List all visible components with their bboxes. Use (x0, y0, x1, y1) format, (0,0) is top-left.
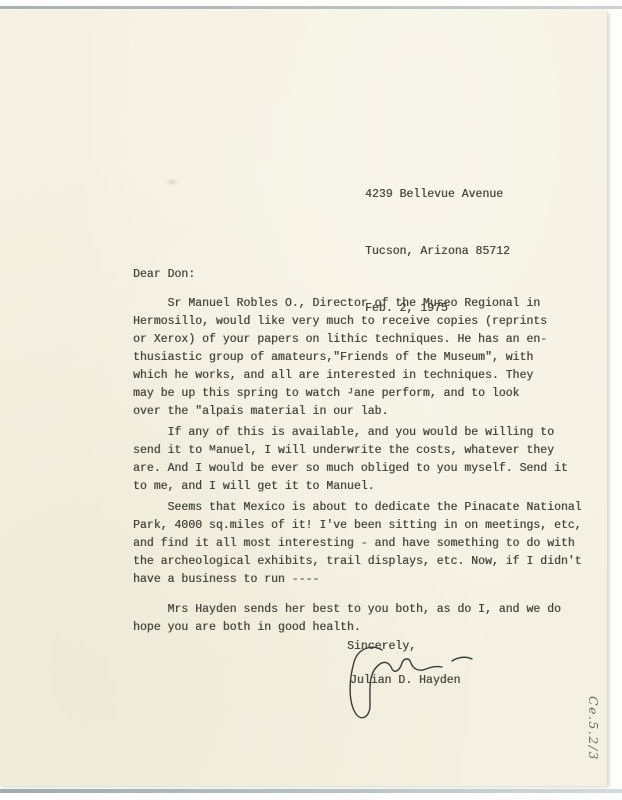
handwritten-signature (318, 636, 478, 731)
paragraph-2: If any of this is available, and you wou… (133, 424, 582, 496)
sender-address-line2: Tucson, Arizona 85712 (365, 242, 510, 261)
paragraph-1: Sr Manuel Robles O., Director of the Mus… (133, 295, 582, 421)
sender-address-line1: 4239 Bellevue Avenue (365, 185, 510, 204)
archival-annotation: Ce.5.2/3 (586, 696, 601, 761)
scanned-letter-page: 4239 Bellevue Avenue Tucson, Arizona 857… (0, 0, 622, 800)
salutation: Dear Don: (133, 266, 195, 284)
letter-paper: 4239 Bellevue Avenue Tucson, Arizona 857… (0, 10, 607, 786)
paragraph-4: Mrs Hayden sends her best to you both, a… (133, 601, 582, 637)
paragraph-3: Seems that Mexico is about to dedicate t… (133, 499, 582, 589)
paper-smudge (165, 178, 179, 186)
scan-top-edge-line (0, 6, 622, 9)
letter-body: Sr Manuel Robles O., Director of the Mus… (133, 295, 582, 637)
scan-bottom-edge-line (0, 789, 622, 793)
